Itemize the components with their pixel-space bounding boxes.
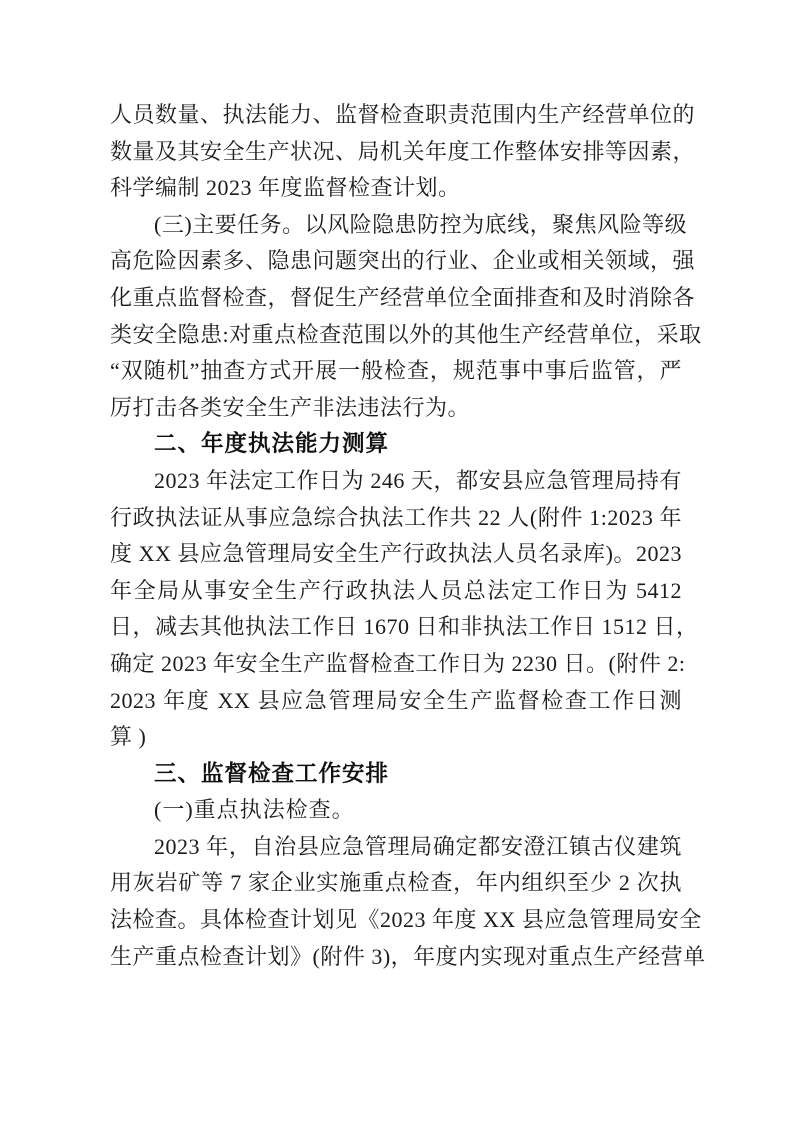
text-line: 日，减去其他执法工作日 1670 日和非执法工作日 1512 日， bbox=[110, 609, 682, 646]
section-heading: 三、监督检查工作安排 bbox=[110, 756, 682, 793]
text-line: 2023 年度 XX 县应急管理局安全生产监督检查工作日测 bbox=[110, 683, 682, 720]
text-line: 生产重点检查计划》(附件 3)，年度内实现对重点生产经营单 bbox=[110, 939, 682, 976]
section-heading: 二、年度执法能力测算 bbox=[110, 426, 682, 463]
text-line: 科学编制 2023 年度监督检查计划。 bbox=[110, 170, 682, 207]
sub-section-heading: (一)重点执法检查。 bbox=[110, 792, 682, 829]
text-line: “双随机”抽查方式开展一般检查，规范事中事后监管，严 bbox=[110, 353, 682, 390]
text-line: 确定 2023 年安全生产监督检查工作日为 2230 日。(附件 2: bbox=[110, 646, 682, 683]
text-line: 类安全隐患:对重点检查范围以外的其他生产经营单位，采取 bbox=[110, 317, 682, 354]
text-line: 法检查。具体检查计划见《2023 年度 XX 县应急管理局安全 bbox=[110, 902, 682, 939]
text-line: 行政执法证从事应急综合执法工作共 22 人(附件 1:2023 年 bbox=[110, 500, 682, 537]
text-line: 高危险因素多、隐患问题突出的行业、企业或相关领域，强 bbox=[110, 243, 682, 280]
text-line: 用灰岩矿等 7 家企业实施重点检查，年内组织至少 2 次执 bbox=[110, 865, 682, 902]
text-line: 数量及其安全生产状况、局机关年度工作整体安排等因素， bbox=[110, 134, 682, 171]
text-line: 年全局从事安全生产行政执法人员总法定工作日为 5412 bbox=[110, 573, 682, 610]
text-line: 人员数量、执法能力、监督检查职责范围内生产经营单位的 bbox=[110, 97, 682, 134]
document-body: 人员数量、执法能力、监督检查职责范围内生产经营单位的数量及其安全生产状况、局机关… bbox=[110, 97, 682, 975]
text-line: 算 ) bbox=[110, 719, 682, 756]
text-line: 度 XX 县应急管理局安全生产行政执法人员名录库)。2023 bbox=[110, 536, 682, 573]
document-page: 人员数量、执法能力、监督检查职责范围内生产经营单位的数量及其安全生产状况、局机关… bbox=[0, 0, 793, 1122]
text-line: 2023 年法定工作日为 246 天，都安县应急管理局持有 bbox=[110, 463, 682, 500]
text-line: 化重点监督检查，督促生产经营单位全面排查和及时消除各 bbox=[110, 280, 682, 317]
text-line: (三)主要任务。以风险隐患防控为底线，聚焦风险等级 bbox=[110, 207, 682, 244]
text-line: 2023 年，自治县应急管理局确定都安澄江镇古仪建筑 bbox=[110, 829, 682, 866]
text-line: 厉打击各类安全生产非法违法行为。 bbox=[110, 390, 682, 427]
